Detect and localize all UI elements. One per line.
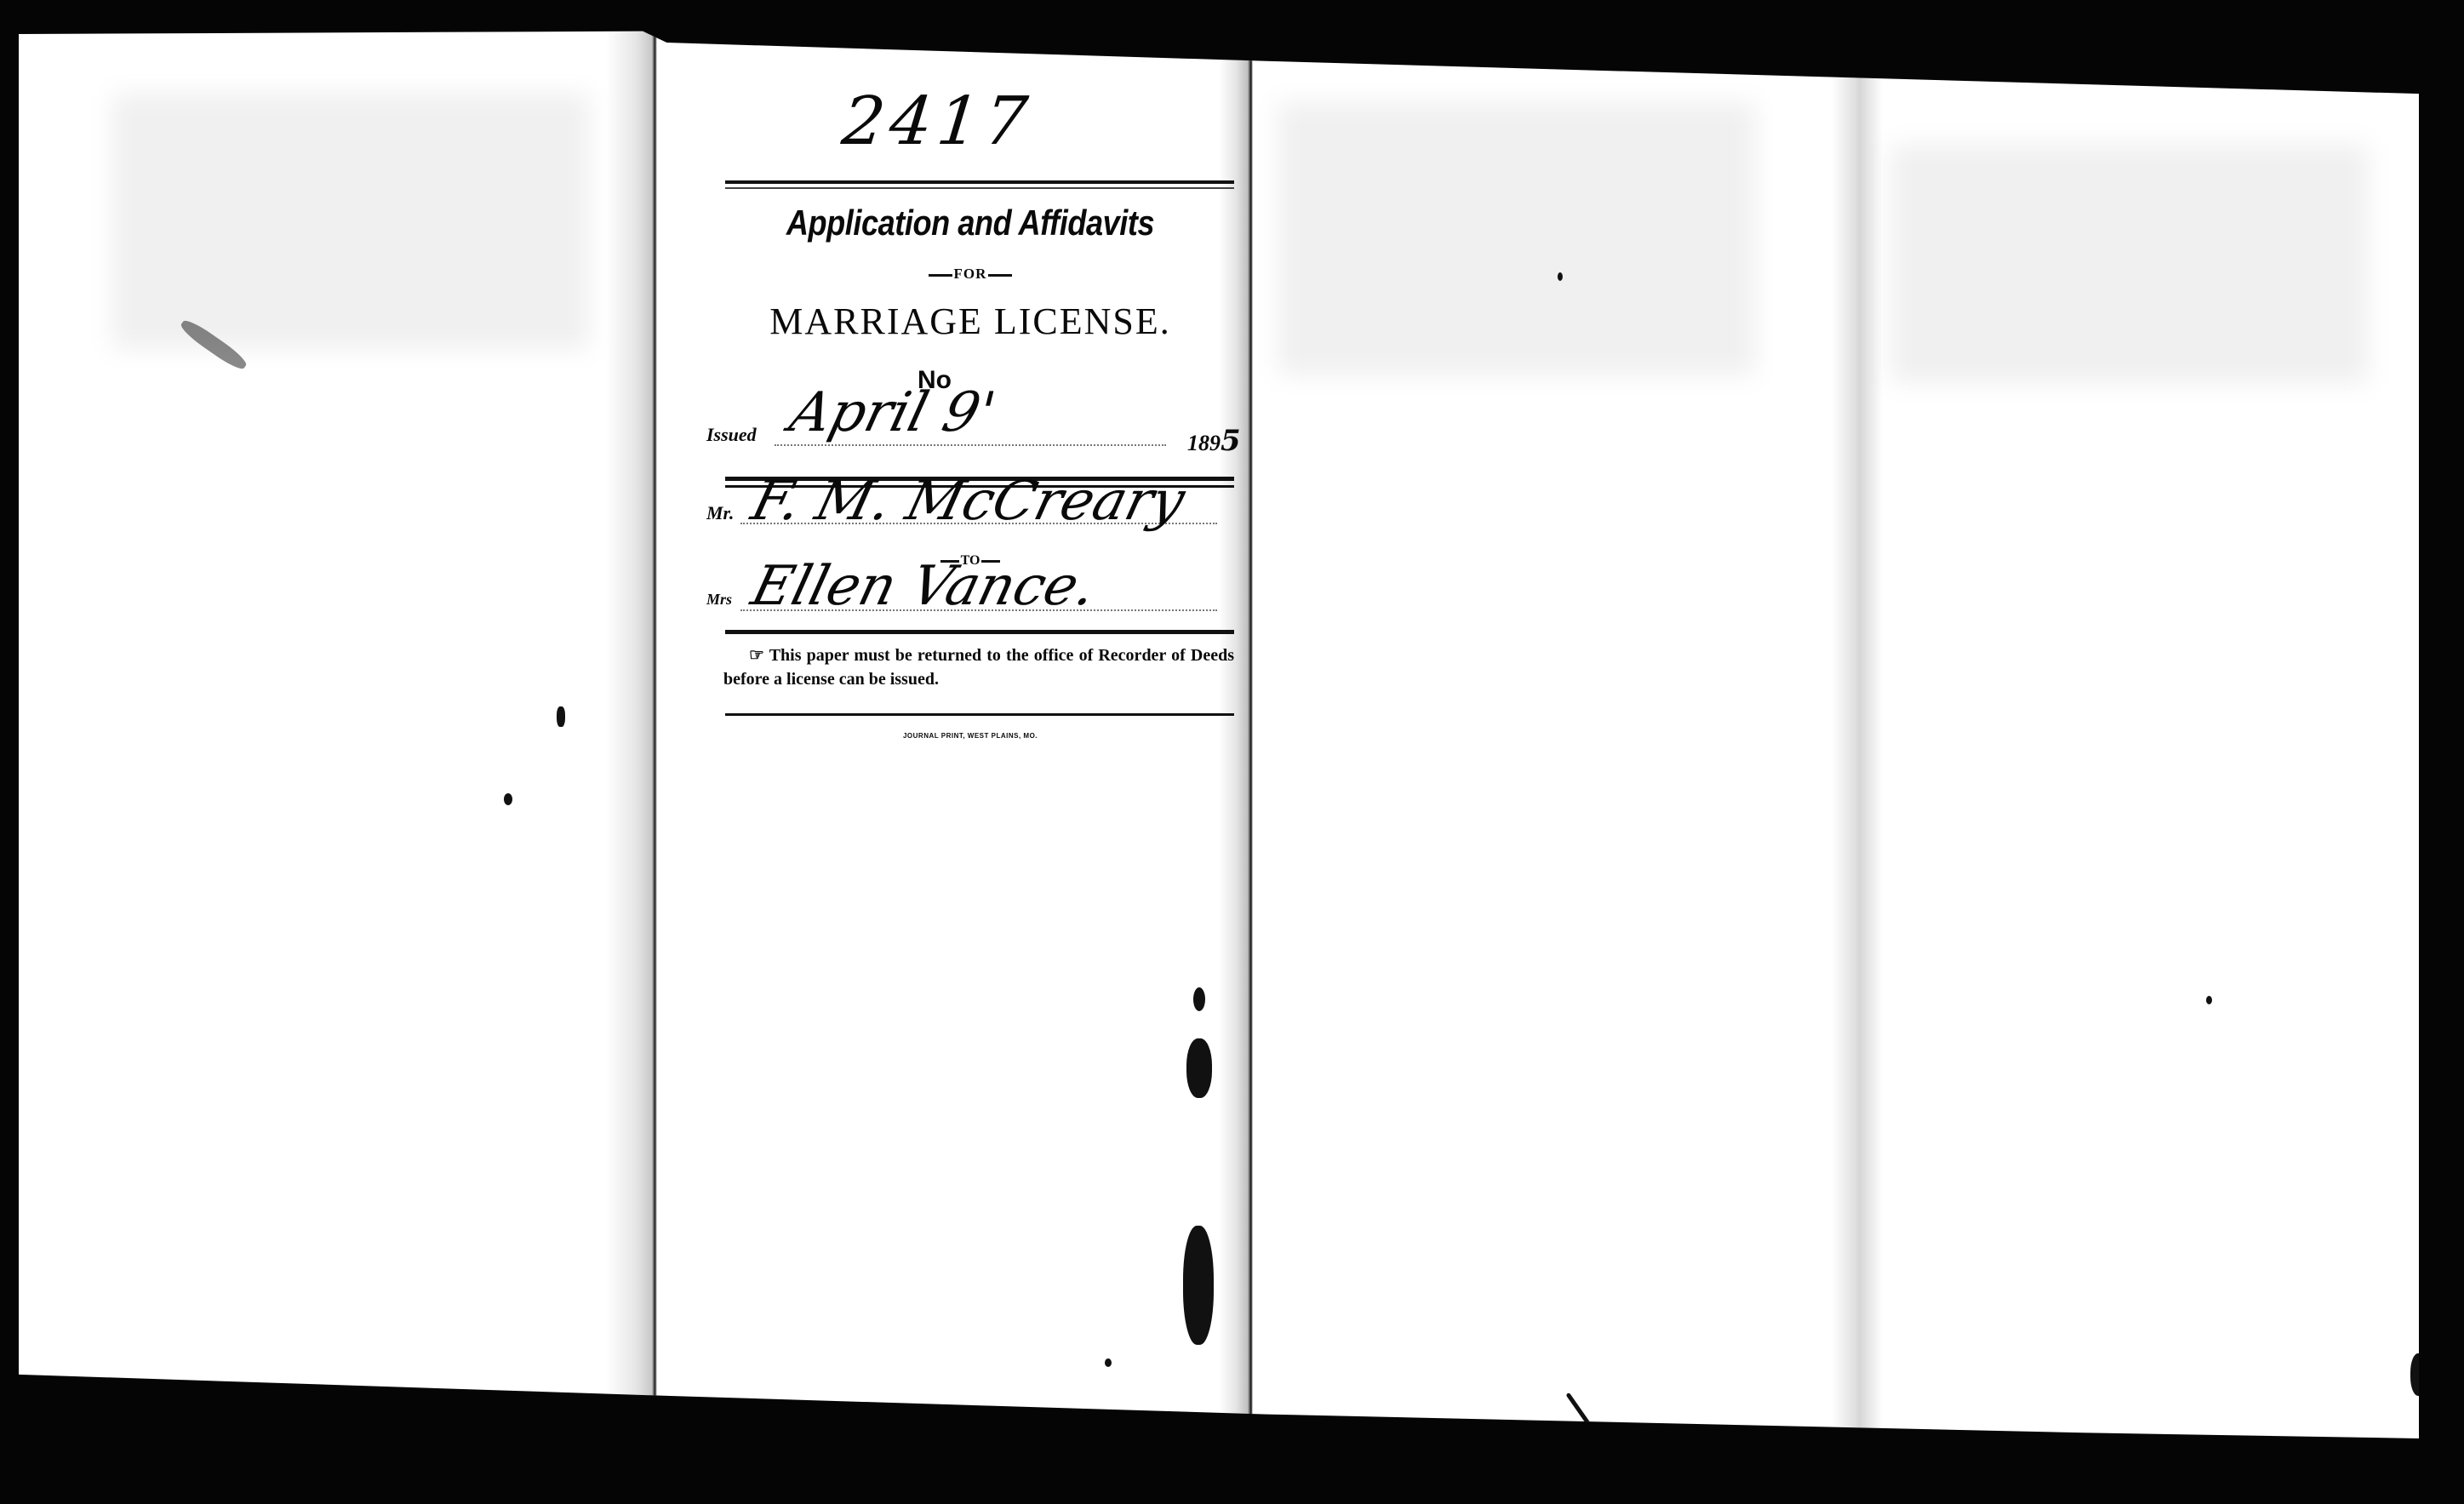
ink-mark <box>557 706 565 727</box>
scanned-document-sheet: 2417 Application and Affidavits FOR MARR… <box>19 26 2419 1447</box>
ink-blot <box>1193 987 1205 1011</box>
return-notice: ☞ This paper must be returned to the off… <box>723 643 1234 691</box>
handwritten-file-number: 2417 <box>838 83 1036 160</box>
bleed-through-smudge <box>112 94 589 349</box>
form-title: Application and Affidavits <box>743 203 1197 243</box>
pen-stroke-mark <box>1566 1392 1609 1450</box>
groom-label: Mr. <box>706 502 734 524</box>
year-handwritten: 5 <box>1221 424 1241 458</box>
ink-dot <box>1105 1358 1112 1367</box>
right-fold-line <box>1832 26 1883 1447</box>
issued-date-handwritten: April 9' <box>784 381 1002 444</box>
bleed-through-smudge <box>1278 102 1755 375</box>
left-fold-line <box>606 26 657 1447</box>
ink-blot <box>1186 1038 1212 1098</box>
form-subtitle: MARRIAGE LICENSE. <box>706 300 1234 343</box>
header-rule <box>725 180 1234 189</box>
edge-blot <box>2410 1353 2427 1396</box>
bride-label: Mrs <box>706 591 732 609</box>
ink-dot <box>2206 996 2212 1004</box>
bride-name-handwritten: Ellen Vance. <box>746 555 1102 618</box>
ink-dot <box>504 793 512 805</box>
ink-blot <box>1183 1226 1214 1345</box>
notice-rule <box>725 713 1234 716</box>
return-notice-text: This paper must be returned to the offic… <box>723 646 1234 689</box>
printer-credit: JOURNAL PRINT, WEST PLAINS, MO. <box>706 732 1234 740</box>
issued-year: 1895 <box>1187 424 1241 458</box>
issued-date-line <box>775 444 1166 446</box>
year-printed: 189 <box>1187 431 1221 455</box>
for-label: FOR <box>706 266 1234 283</box>
names-rule <box>725 630 1234 634</box>
groom-name-handwritten: F. M. McCreary <box>746 470 1192 533</box>
ink-dot <box>1558 272 1563 281</box>
issued-label: Issued <box>706 424 757 446</box>
bleed-through-smudge <box>1891 145 2368 383</box>
